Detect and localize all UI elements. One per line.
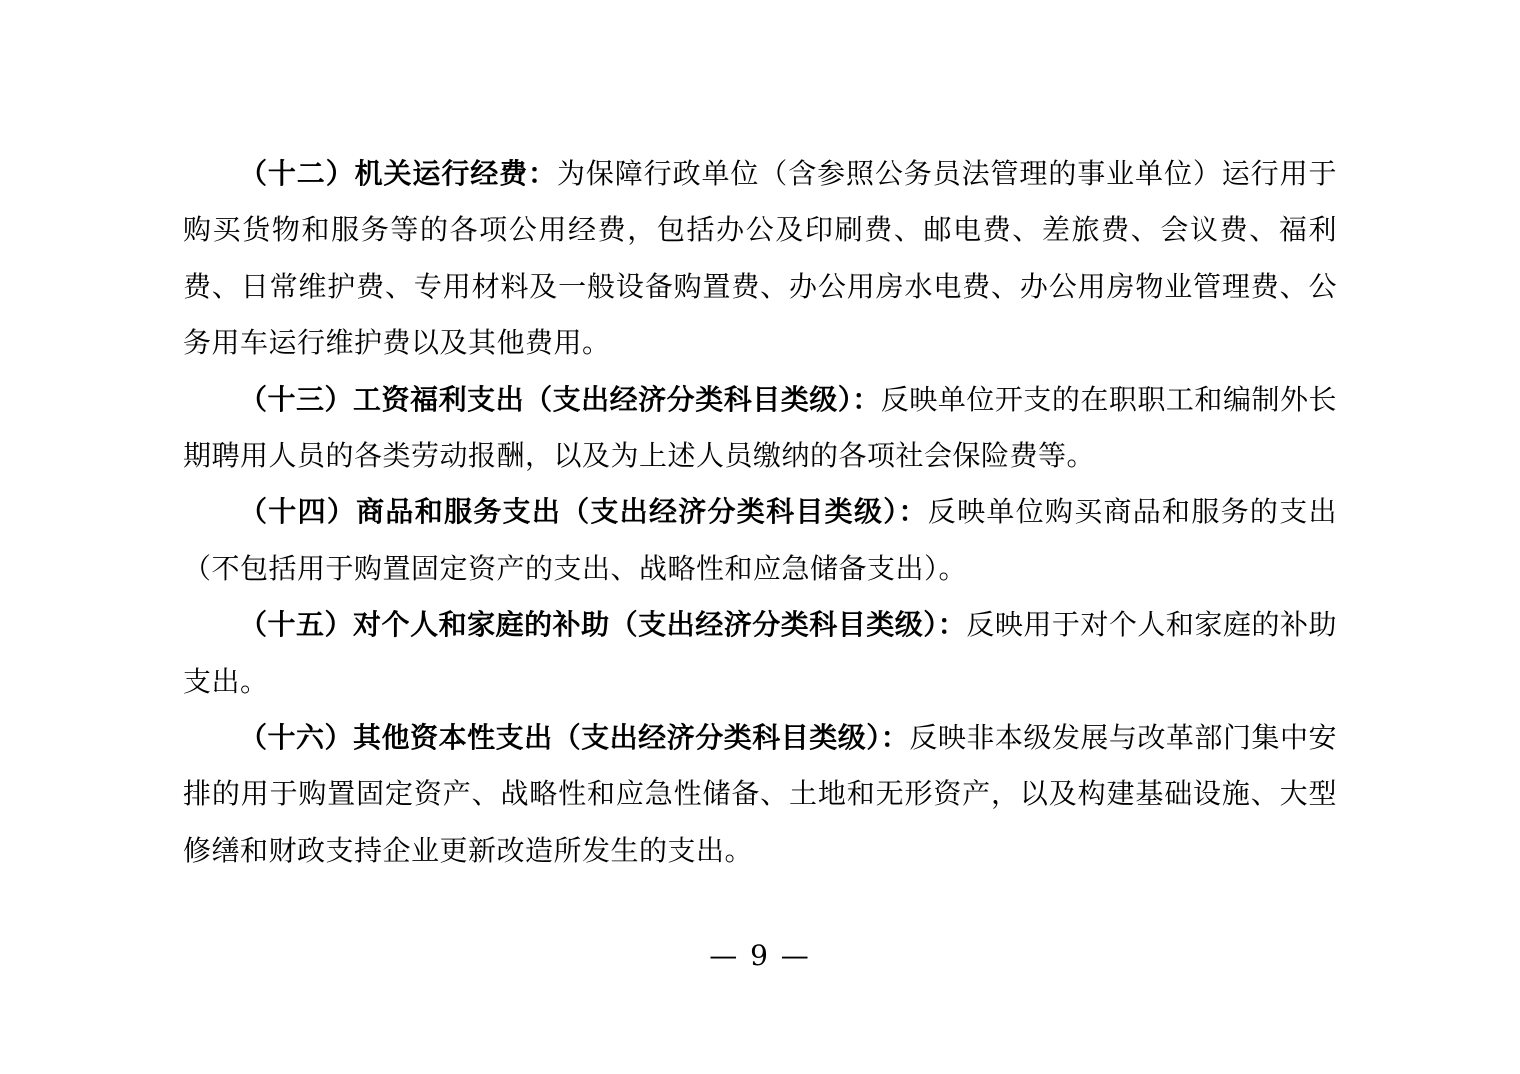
paragraph-heading: （十六）其他资本性支出（支出经济分类科目类级）： xyxy=(239,721,909,754)
paragraph-heading: （十五）对个人和家庭的补助（支出经济分类科目类级）： xyxy=(239,608,966,641)
paragraph: （十六）其他资本性支出（支出经济分类科目类级）：反映非本级发展与改革部门集中安排… xyxy=(183,710,1337,879)
paragraph: （十二）机关运行经费：为保障行政单位（含参照公务员法管理的事业单位）运行用于购买… xyxy=(183,146,1337,372)
paragraph-heading: （十四）商品和服务支出（支出经济分类科目类级）： xyxy=(239,495,928,528)
paragraph: （十四）商品和服务支出（支出经济分类科目类级）：反映单位购买商品和服务的支出（不… xyxy=(183,484,1337,597)
paragraph: （十五）对个人和家庭的补助（支出经济分类科目类级）：反映用于对个人和家庭的补助支… xyxy=(183,597,1337,710)
paragraph-heading: （十三）工资福利支出（支出经济分类科目类级）： xyxy=(239,383,881,416)
paragraph-heading: （十二）机关运行经费： xyxy=(239,157,557,190)
paragraph: （十三）工资福利支出（支出经济分类科目类级）：反映单位开支的在职职工和编制外长期… xyxy=(183,372,1337,485)
document-page: （十二）机关运行经费：为保障行政单位（含参照公务员法管理的事业单位）运行用于购买… xyxy=(0,0,1520,1074)
page-number: — 9 — xyxy=(0,936,1520,976)
document-body: （十二）机关运行经费：为保障行政单位（含参照公务员法管理的事业单位）运行用于购买… xyxy=(183,146,1337,879)
